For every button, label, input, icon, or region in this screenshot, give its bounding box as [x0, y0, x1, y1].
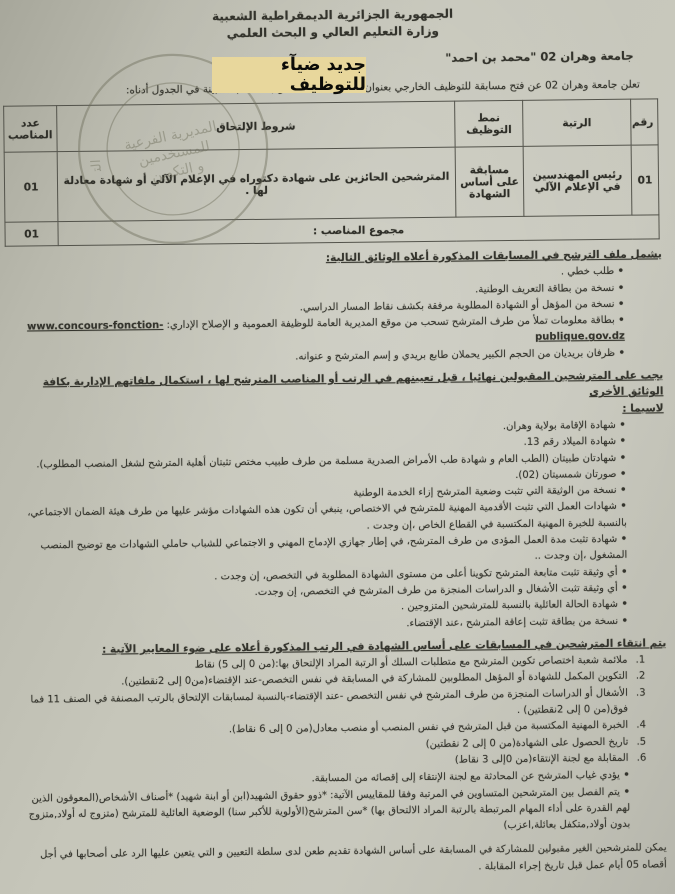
- cell-rank: رئيس المهندسين في الإعلام الآلي: [523, 145, 632, 216]
- document-header: الجمهورية الجزائرية الديمقراطية الشعبية …: [6, 3, 659, 44]
- criteria-list: ملائمة شعبة اختصاص تكوين المترشح مع متطل…: [13, 652, 667, 773]
- final-documents-list: شهادة الإقامة بولاية وهران. شهادة الميلا…: [11, 417, 666, 636]
- table-header-row: رقم الرتبة نمط التوظيف شروط الإلتحاق عدد…: [4, 99, 658, 152]
- col-rank: الرتبة: [523, 99, 632, 146]
- final-documents-intro-text: يجب على المترشحين المقبولين نهائيا ، قبل…: [43, 369, 664, 398]
- positions-table: رقم الرتبة نمط التوظيف شروط الإلتحاق عدد…: [3, 98, 660, 246]
- document-body: يشمل ملف الترشح في المسابقات المذكورة أع…: [9, 246, 669, 880]
- list-item: يتم الفصل بين المترشحين المتساوين في الم…: [21, 784, 631, 840]
- cell-count: 01: [4, 152, 58, 223]
- cell-mode: مسابقة على أساس الشهادة: [455, 146, 524, 217]
- table-row: 01 رئيس المهندسين في الإعلام الآلي مسابق…: [4, 145, 659, 222]
- col-mode: نمط التوظيف: [455, 100, 524, 147]
- total-value: 01: [5, 222, 58, 247]
- cell-number: 01: [631, 145, 659, 215]
- notes-list: يؤدي غياب المترشح عن المحادثة مع لجنة ال…: [15, 767, 669, 840]
- scanned-document: الجمهورية الجزائرية الديمقراطية الشعبية …: [0, 0, 675, 894]
- watermark-badge: جديد ضيآء للتوظيف: [212, 57, 366, 93]
- info-card-text: بطاقة معلومات تملأ من طرف المترشح تسحب م…: [163, 315, 614, 331]
- cell-conditions: المترشحين الحائزين على شهادة دكتوراه في …: [57, 147, 456, 222]
- col-conditions: شروط الإلتحاق: [57, 101, 455, 152]
- file-documents-list: طلب خطي . نسخة من بطاقة التعريف الوطنية.…: [9, 264, 663, 369]
- col-number: رقم: [631, 99, 659, 145]
- watermark-text: جديد ضيآء للتوظيف: [212, 55, 366, 95]
- final-documents-intro: يجب على المترشحين المقبولين نهائيا ، قبل…: [10, 367, 664, 423]
- appeal-paragraph: يمكن للمترشحين الغير مقبولين للمشاركة في…: [16, 841, 667, 881]
- col-count: عدد المناصب: [4, 106, 58, 153]
